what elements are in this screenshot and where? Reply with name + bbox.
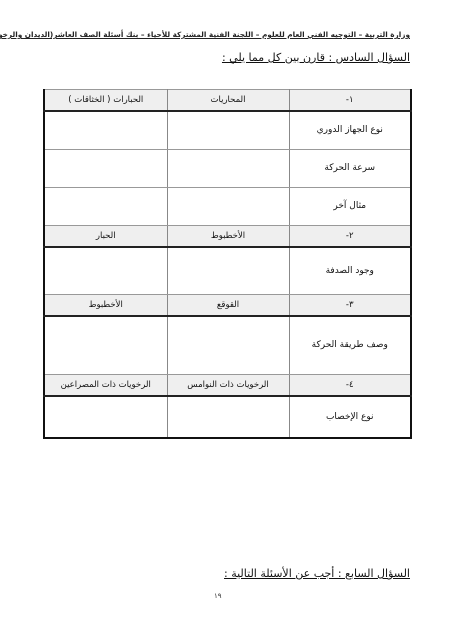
answer-cell[interactable] [44,247,167,295]
page-header: وزارة التربية – التوجيه الفني العام للعل… [44,30,410,40]
comparison-row: وجود الصدفة [44,247,411,295]
answer-cell[interactable] [44,396,167,438]
answer-cell[interactable] [44,316,167,374]
comparison-table: ١- المحاريات الحبارات ( الخثاقات ) نوع ا… [43,89,412,439]
answer-cell[interactable] [167,396,289,438]
question-7-title: السؤال السابع : أجب عن الأسئلة التالية : [224,567,410,580]
comparison-row: نوع الإخصاب [44,396,411,438]
comparison-row: وصف طريقة الحركة [44,316,411,374]
comparison-row: سرعة الحركة [44,149,411,187]
comparison-row: مثال آخر [44,187,411,225]
section-header-row: ١- المحاريات الحبارات ( الخثاقات ) [44,90,411,112]
section-header-row: ٣- القوقع الأخطبوط [44,295,411,317]
column-heading: الأخطبوط [167,225,289,247]
answer-cell[interactable] [44,149,167,187]
answer-cell[interactable] [167,187,289,225]
section-header-row: ٢- الأخطبوط الحبار [44,225,411,247]
section-number: ١- [289,90,411,112]
row-label: مثال آخر [289,187,411,225]
question-6-title: السؤال السادس : قارن بين كل مما يلي : [222,51,410,64]
answer-cell[interactable] [167,111,289,149]
column-heading: الحبارات ( الخثاقات ) [44,90,167,112]
column-heading: الأخطبوط [44,295,167,317]
answer-cell[interactable] [44,187,167,225]
answer-cell[interactable] [167,316,289,374]
answer-cell[interactable] [44,111,167,149]
column-heading: الحبار [44,225,167,247]
column-heading: الرخويات ذات النوامس [167,374,289,396]
column-heading: المحاريات [167,90,289,112]
section-number: ٣- [289,295,411,317]
row-label: نوع الإخصاب [289,396,411,438]
section-header-row: ٤- الرخويات ذات النوامس الرخويات ذات الم… [44,374,411,396]
column-heading: القوقع [167,295,289,317]
column-heading: الرخويات ذات المصراعين [44,374,167,396]
row-label: وصف طريقة الحركة [289,316,411,374]
section-number: ٤- [289,374,411,396]
comparison-row: نوع الجهاز الدوري [44,111,411,149]
row-label: نوع الجهاز الدوري [289,111,411,149]
answer-cell[interactable] [167,149,289,187]
row-label: وجود الصدفة [289,247,411,295]
page-number: ١٩ [214,592,222,600]
section-number: ٢- [289,225,411,247]
row-label: سرعة الحركة [289,149,411,187]
answer-cell[interactable] [167,247,289,295]
